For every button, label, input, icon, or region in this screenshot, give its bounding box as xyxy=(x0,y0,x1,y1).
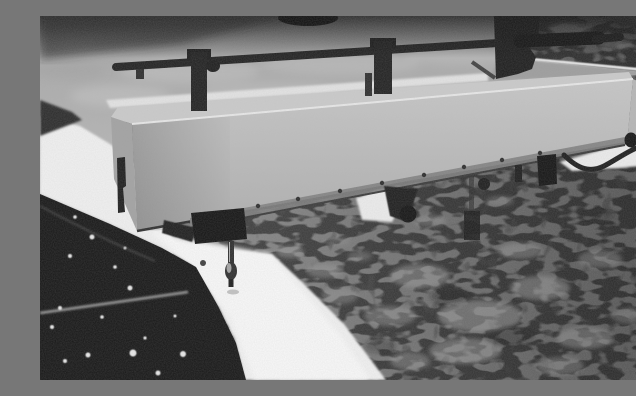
photo-canvas: Black-and-white halftone photograph of a… xyxy=(40,16,636,380)
film-grain-overlay xyxy=(40,16,636,380)
photo-figure: Black-and-white halftone photograph of a… xyxy=(40,16,636,380)
